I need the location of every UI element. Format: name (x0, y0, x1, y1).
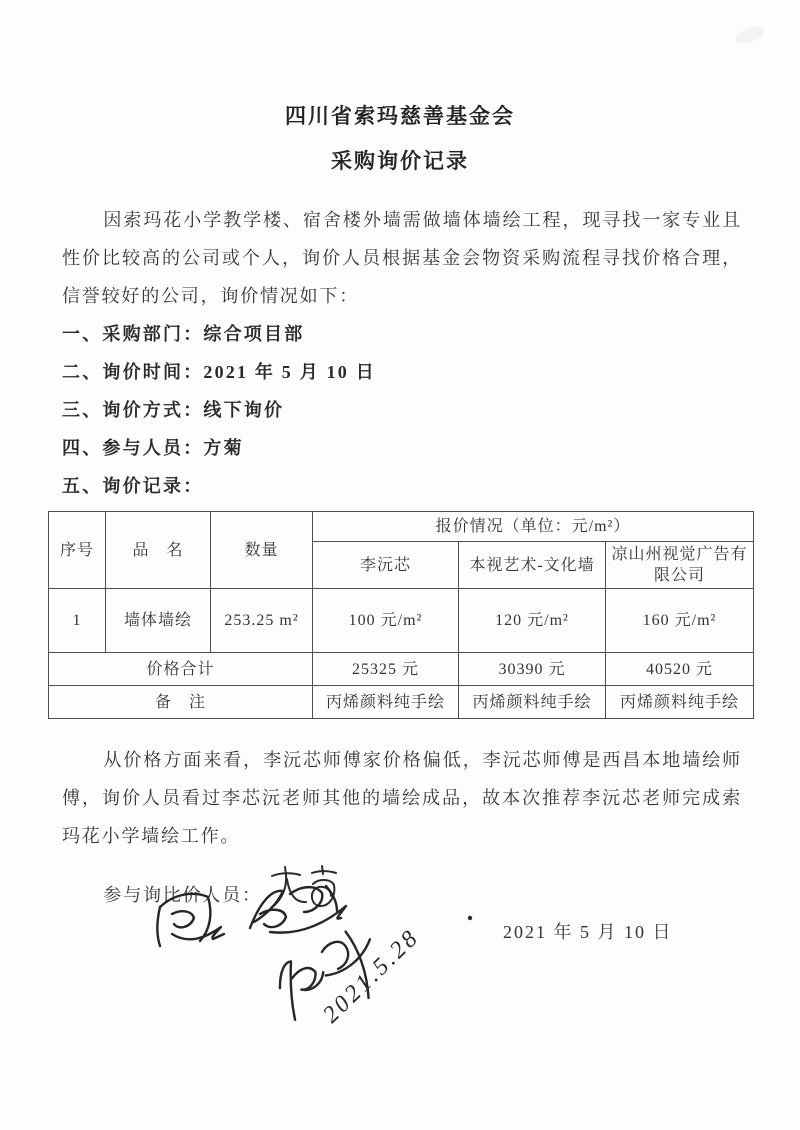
note-row: 备 注 丙烯颜料纯手绘 丙烯颜料纯手绘 丙烯颜料纯手绘 (49, 686, 754, 719)
handwritten-date: 2021.5.28 (318, 924, 425, 1028)
cell-note-2: 丙烯颜料纯手绘 (459, 686, 606, 719)
pen-dot (468, 916, 472, 920)
cell-total-1: 25325 元 (313, 653, 459, 686)
vendor-header-3: 凉山州视觉广告有限公司 (606, 542, 754, 589)
cell-total-2: 30390 元 (459, 653, 606, 686)
col-header-name: 品 名 (106, 512, 211, 589)
signature-li-yuanxin (250, 886, 346, 933)
approval-signatures: 2021.5.28 (100, 872, 520, 1072)
svg-text:2021.5.28: 2021.5.28 (318, 924, 425, 1028)
cell-note-1: 丙烯颜料纯手绘 (313, 686, 459, 719)
list-item-inquiry-record: 五、询价记录： (62, 467, 742, 505)
document-page: 四川省索玛慈善基金会 采购询价记录 因索玛花小学教学楼、宿舍楼外墙需做墙体墙绘工… (0, 0, 800, 1130)
list-item-purchase-dept: 一、采购部门：综合项目部 (62, 315, 742, 353)
doc-title: 四川省索玛慈善基金会 (0, 100, 800, 130)
info-list: 一、采购部门：综合项目部 二、询价时间：2021 年 5 月 10 日 三、询价… (62, 315, 742, 505)
col-header-qty: 数量 (211, 512, 313, 589)
typed-date: 2021 年 5 月 10 日 (503, 918, 673, 944)
cell-total-3: 40520 元 (606, 653, 754, 686)
list-item-participants: 四、参与人员：方菊 (62, 429, 742, 467)
cell-price-2: 120 元/m² (459, 589, 606, 653)
total-row: 价格合计 25325 元 30390 元 40520 元 (49, 653, 754, 686)
list-item-inquiry-date: 二、询价时间：2021 年 5 月 10 日 (62, 353, 742, 391)
quotation-table: 序号 品 名 数量 报价情况（单位：元/m²） 李沅芯 本视艺术-文化墙 凉山州… (48, 511, 754, 719)
signature-approval-mark (157, 894, 224, 946)
table-row: 1 墙体墙绘 253.25 m² 100 元/m² 120 元/m² 160 元… (49, 589, 754, 653)
note-label: 备 注 (49, 686, 313, 719)
cell-item-name: 墙体墙绘 (106, 589, 211, 653)
vendor-header-1: 李沅芯 (313, 542, 459, 589)
signature-area: 2021.5.28 2021 年 5 月 10 日 (0, 872, 800, 1092)
list-item-inquiry-method: 三、询价方式：线下询价 (62, 391, 742, 429)
closing-paragraph: 从价格方面来看，李沅芯师傅家价格偏低，李沅芯师傅是西昌本地墙绘师傅，询价人员看过… (62, 741, 742, 855)
cell-price-3: 160 元/m² (606, 589, 754, 653)
intro-paragraph: 因索玛花小学教学楼、宿舍楼外墙需做墙体墙绘工程，现寻找一家专业且性价比较高的公司… (62, 201, 742, 315)
cell-quantity: 253.25 m² (211, 589, 313, 653)
cell-note-3: 丙烯颜料纯手绘 (606, 686, 754, 719)
doc-subtitle: 采购询价记录 (0, 145, 800, 175)
total-label: 价格合计 (49, 653, 313, 686)
col-header-quotes: 报价情况（单位：元/m²） (313, 512, 754, 542)
vendor-header-2: 本视艺术-文化墙 (459, 542, 606, 589)
cell-price-1: 100 元/m² (313, 589, 459, 653)
cell-seq: 1 (49, 589, 106, 653)
col-header-seq: 序号 (49, 512, 106, 589)
